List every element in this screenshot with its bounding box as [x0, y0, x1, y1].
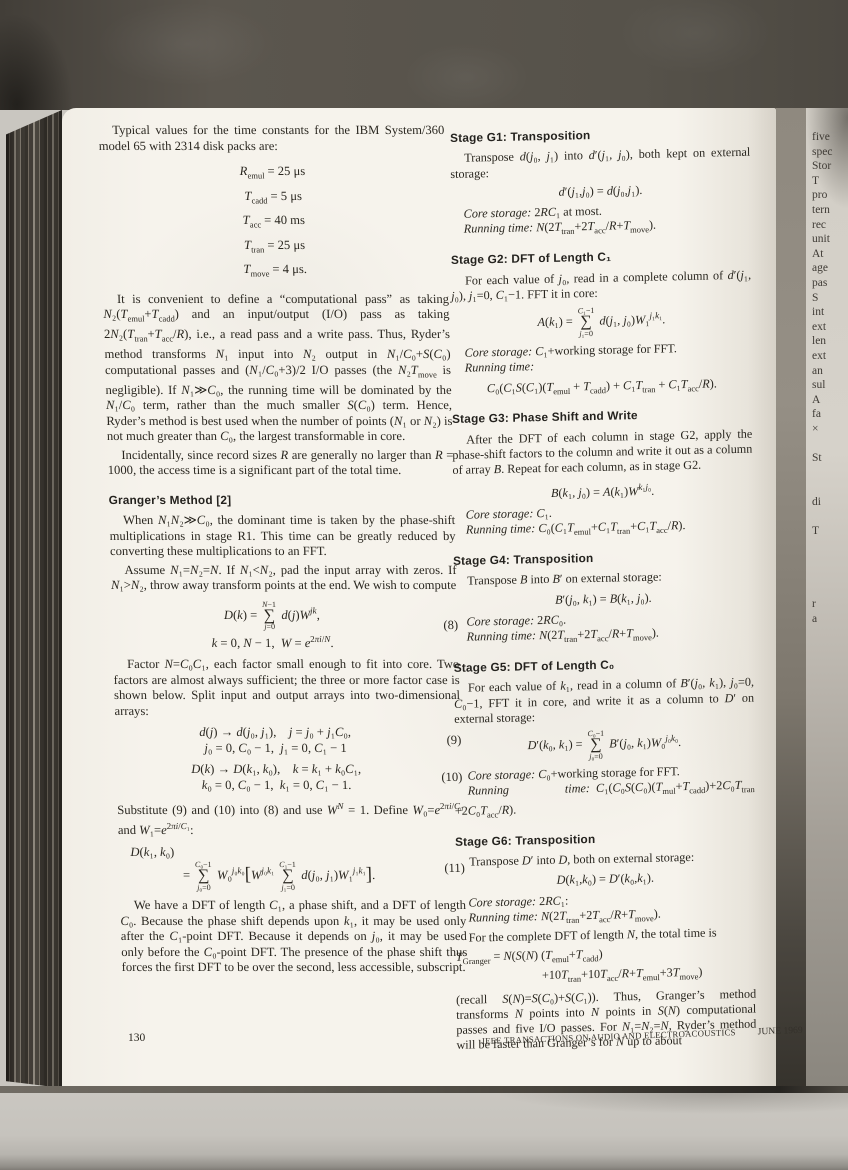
stage-g5-equation: D′(k₀, k₁) = C₀−1∑j₀=0 B′(j₀, k₁)W₀j₀k₀.	[454, 726, 754, 764]
scanned-journal-page-photo: five spec Stor T pro tern rec unit At ag…	[0, 0, 848, 1170]
paragraph-we-have-dft: We have a DFT of length C₁, a phase shif…	[120, 898, 468, 976]
equation-11-line1: D(k₁, k₀)	[118, 845, 438, 861]
equation-10: D(k) → D(k₁, k₀), k = k₁ + k₀C₁, k₀ = 0,…	[116, 762, 463, 793]
stage-g1-equation: d′(j₁,j₀) = d(j₀,j₁).	[450, 181, 750, 203]
equation-8-line2: k = 0, N − 1, W = e2πi/N.	[112, 632, 433, 652]
paragraph-factor: Factor N=C₀C₁, each factor small enough …	[113, 657, 461, 719]
equation-8-line1: D(k) = N−1∑j=0 d(j)Wjk,	[111, 600, 432, 632]
constant-t-cadd: Tcadd = 5 μs	[100, 186, 447, 211]
stage-g4-equation: B′(j₀, k₁) = B(k₁, j₀).	[453, 588, 753, 610]
stage-g6-equation: D(k₁,k₀) = D′(k₀,k₁).	[455, 869, 755, 891]
stage-g1-body: Transpose d(j₀, j₁) into d′(j₁, j₀), bot…	[450, 145, 750, 182]
stage-g4-heading: Stage G4: Transposition	[453, 548, 753, 570]
paragraph-when-dominant: When N₁N₂≫C₀, the dominant time is taken…	[109, 513, 456, 560]
constant-t-tran: Ttran = 25 μs	[101, 235, 448, 260]
stage-g3-body: After the DFT of each column in stage G2…	[452, 426, 752, 478]
equation-9-line1: d(j) → d(j₀, j₁), j = j₀ + j₁C₀,	[115, 725, 435, 741]
stage-g3-equation: B(k₁, j₀) = A(k₁)Wk₁j₀.	[453, 477, 753, 503]
binding-gutter-shadow	[776, 108, 806, 1090]
stage-g3-heading: Stage G3: Phase Shift and Write	[452, 406, 752, 428]
stage-g4-body: Transpose B into B′ on external storage:	[453, 568, 753, 590]
equation-8: D(k) = N−1∑j=0 d(j)Wjk, k = 0, N − 1, W …	[111, 600, 458, 652]
paragraph-assume: Assume N₁=N₂=N. If N₁<N₂, pad the input …	[110, 563, 457, 594]
left-column: Typical values for the time constants fo…	[98, 120, 468, 979]
time-constants-block: Remul = 25 μs Tcadd = 5 μs Tacc = 40 ms …	[99, 161, 448, 284]
book-page-edges-strip	[6, 110, 62, 1088]
next-page-text-fragments: five spec Stor T pro tern rec unit At ag…	[806, 108, 848, 626]
stage-g2-equation: A(k₁) = C₁−1∑j₁=0 d(j₁, j₀)W₁j₁k₁.	[451, 303, 751, 341]
equation-9-line2: j₀ = 0, C₀ − 1, j₁ = 0, C₁ − 1	[115, 741, 435, 757]
paragraph-typical-values: Typical values for the time constants fo…	[98, 123, 445, 154]
equation-10-line1: D(k) → D(k₁, k₀), k = k₁ + k₀C₁,	[116, 762, 436, 778]
paper-page: Typical values for the time constants fo…	[62, 108, 776, 1090]
right-column: Stage G1: Transposition Transpose d(j₀, …	[450, 114, 757, 1057]
stage-g5-body: For each value of k₁, read in a column o…	[454, 675, 754, 727]
stage-g5-running-time: Running time: C₁(C₀S(C₀)(Tmul+Tcadd)+2C₀…	[455, 778, 755, 824]
stage-g2-heading: Stage G2: DFT of Length C₁	[451, 247, 751, 269]
constant-r-emul: Remul = 25 μs	[99, 161, 446, 186]
issue-date: JUNE 1969	[757, 1025, 802, 1038]
constant-t-move: Tmove = 4 μs.	[102, 259, 449, 284]
stage-g5-heading: Stage G5: DFT of Length C₀	[454, 655, 754, 677]
page-bottom-edge-shadow	[0, 1086, 848, 1093]
constant-t-acc: Tacc = 40 ms	[101, 210, 448, 235]
page-number: 130	[128, 1032, 145, 1044]
stage-g6-heading: Stage G6: Transposition	[455, 828, 755, 850]
stage-g2-body: For each value of j₀, read in a complete…	[451, 267, 751, 304]
stage-g2-running-time-expression: C₀(C₁S(C₁)(Temul + Tcadd) + C₁Ttran + C₁…	[452, 375, 752, 401]
scan-top-band	[0, 0, 848, 110]
paragraph-incidentally: Incidentally, since record sizes R are g…	[107, 448, 454, 479]
paragraph-computational-pass: It is convenient to define a “computatio…	[103, 292, 453, 445]
next-page-sliver: five spec Stor T pro tern rec unit At ag…	[806, 108, 848, 1090]
equation-11: D(k₁, k₀) = C₀−1∑j₀=0 W₀j₀k₀[Wj₀k₁ C₁−1∑…	[118, 845, 465, 892]
equation-11-line2: = C₀−1∑j₀=0 W₀j₀k₀[Wj₀k₁ C₁−1∑j₁=0 d(j₀,…	[119, 860, 440, 892]
scan-bottom-area	[0, 1093, 848, 1170]
equation-10-line2: k₀ = 0, C₀ − 1, k₁ = 0, C₁ − 1.	[116, 778, 436, 794]
stage-g6-body: Transpose D′ into D, both on external st…	[455, 849, 755, 871]
grangers-method-heading: Granger’s Method [2]	[108, 493, 454, 509]
stage-g1-heading: Stage G1: Transposition	[450, 125, 750, 147]
paragraph-substitute: Substitute (9) and (10) into (8) and use…	[117, 799, 464, 838]
equation-9: d(j) → d(j₀, j₁), j = j₀ + j₁C₀, j₀ = 0,…	[115, 725, 462, 756]
